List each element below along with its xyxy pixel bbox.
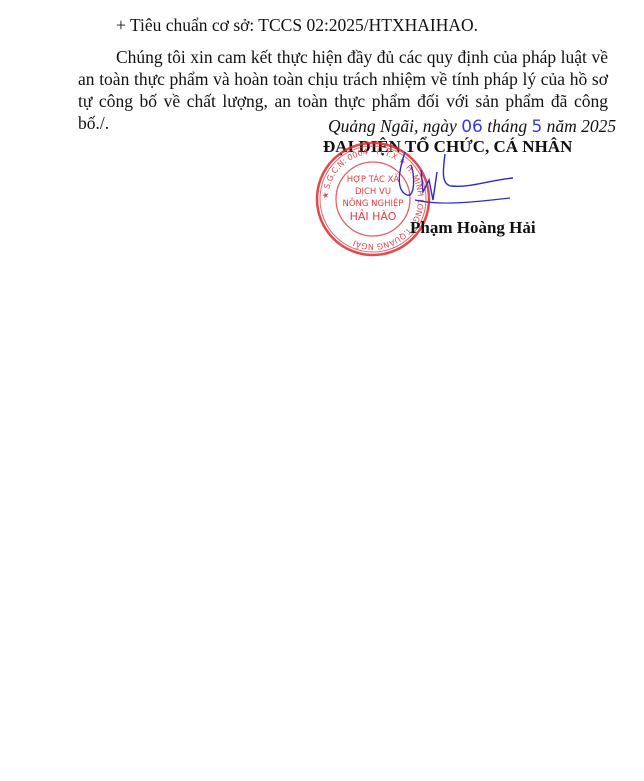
month-label: tháng bbox=[483, 116, 532, 136]
handwritten-month: 5 bbox=[531, 117, 542, 137]
place-prefix: Quảng Ngãi, ngày bbox=[328, 116, 461, 136]
year-label: năm 2025 bbox=[542, 116, 616, 136]
handwritten-day: 06 bbox=[461, 117, 483, 137]
place-date: Quảng Ngãi, ngày 06 tháng 5 năm 2025 bbox=[328, 116, 616, 137]
signature-icon bbox=[385, 150, 515, 220]
signer-name: Phạm Hoàng Hải bbox=[410, 218, 536, 238]
standard-line: + Tiêu chuẩn cơ sở: TCCS 02:2025/HTXHAIH… bbox=[116, 15, 478, 36]
